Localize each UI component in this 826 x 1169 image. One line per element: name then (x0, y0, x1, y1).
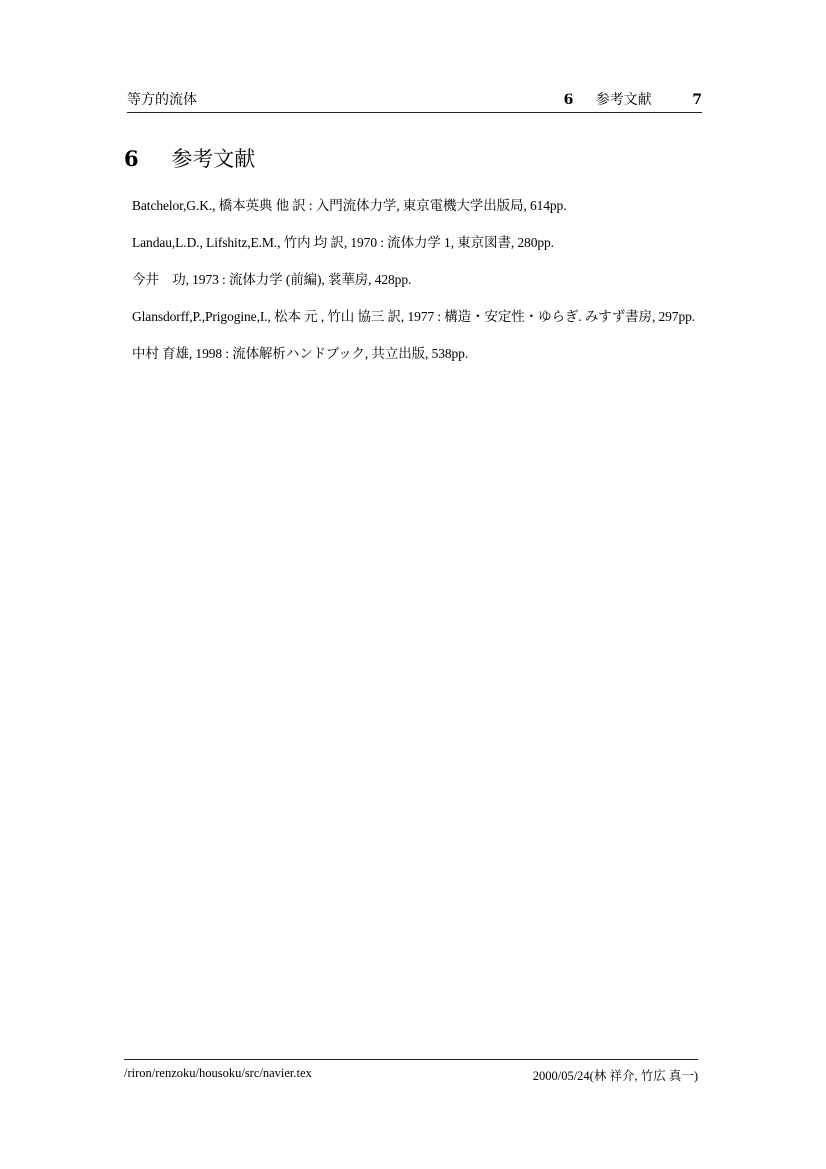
reference-item: Landau,L.D., Lifshitz,E.M., 竹内 均 訳, 1970… (132, 233, 707, 252)
section-number: 6 (124, 146, 139, 171)
running-title: 等方的流体 (127, 89, 197, 109)
reference-list: Batchelor,G.K., 橋本英典 他 訳 : 入門流体力学, 東京電機大… (132, 196, 707, 381)
source-file-path: /riron/renzoku/housoku/src/navier.tex (124, 1066, 312, 1081)
reference-item: 今井 功, 1973 : 流体力学 (前編), 裳華房, 428pp. (132, 270, 707, 289)
date-authors: 2000/05/24(林 祥介, 竹広 真一) (533, 1066, 698, 1084)
reference-item: 中村 育雄, 1998 : 流体解析ハンドブック, 共立出版, 538pp. (132, 344, 707, 363)
header-section-number: 6 (564, 92, 574, 108)
page-footer: /riron/renzoku/housoku/src/navier.tex 20… (124, 1059, 698, 1084)
header-section-info: 6 参考文献 7 (564, 89, 702, 109)
reference-item: Batchelor,G.K., 橋本英典 他 訳 : 入門流体力学, 東京電機大… (132, 196, 707, 215)
section-title: 参考文献 (171, 147, 255, 171)
section-heading: 6 参考文献 (124, 143, 255, 173)
header-section-title: 参考文献 (596, 92, 652, 108)
page-number: 7 (692, 92, 702, 108)
page-header: 等方的流体 6 参考文献 7 (127, 86, 702, 113)
reference-item: Glansdorff,P.,Prigogine,I., 松本 元 , 竹山 協三… (132, 307, 707, 326)
